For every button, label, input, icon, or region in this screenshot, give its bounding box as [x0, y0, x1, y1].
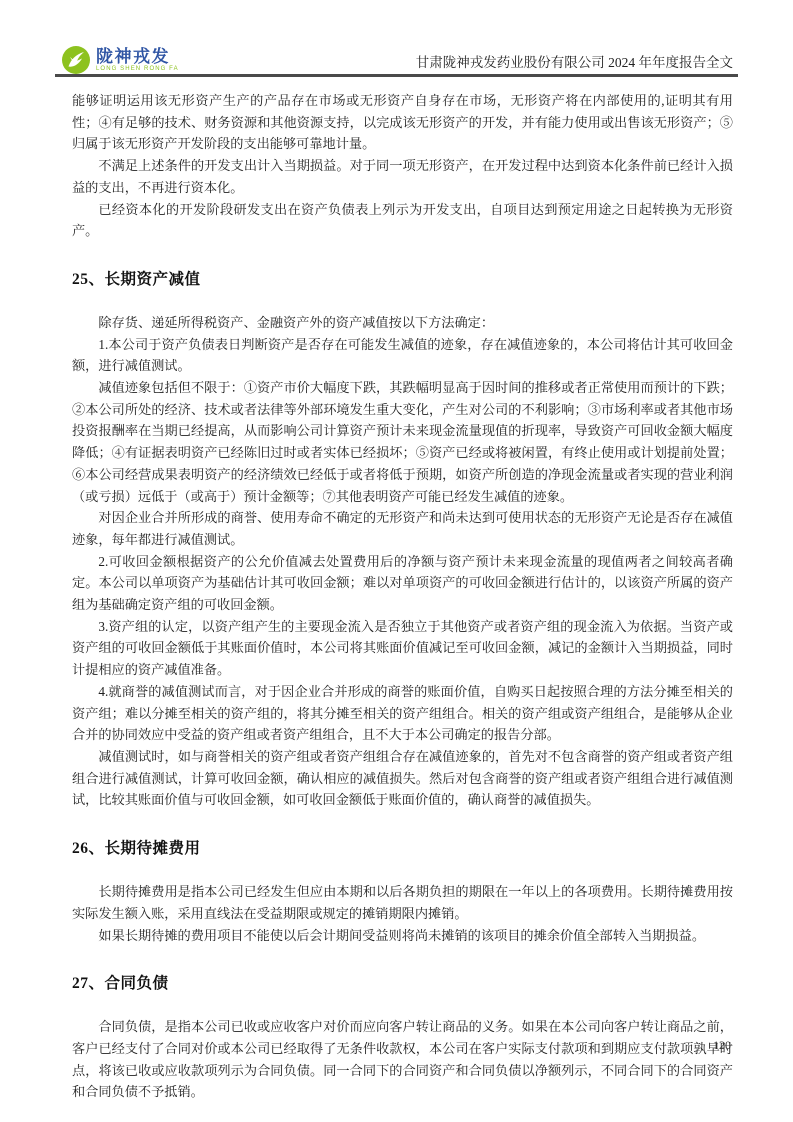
section-heading-27: 27、合同负债: [72, 971, 733, 993]
report-page: 陇神戎发 LONG SHEN RONG FA 甘肃陇神戎发药业股份有限公司 20…: [0, 0, 793, 1122]
paragraph: 已经资本化的开发阶段研发支出在资产负债表上列示为开发支出，自项目达到预定用途之日…: [72, 199, 733, 242]
logo-bird-icon: [61, 45, 91, 75]
header-divider: [55, 74, 738, 77]
paragraph: 如果长期待摊的费用项目不能使以后会计期间受益则将尚未摊销的该项目的摊余价值全部转…: [72, 925, 733, 947]
paragraph: 3.资产组的认定，以资产组产生的主要现金流入是否独立于其他资产或者资产组的现金流…: [72, 616, 733, 681]
logo-cn-text: 陇神戎发: [96, 48, 179, 66]
paragraph: 减值迹象包括但不限于：①资产市价大幅度下跌，其跌幅明显高于因时间的推移或者正常使…: [72, 377, 733, 507]
company-logo: 陇神戎发 LONG SHEN RONG FA: [61, 45, 179, 75]
paragraph: 除存货、递延所得税资产、金融资产外的资产减值按以下方法确定：: [72, 312, 733, 334]
paragraph: 2.可收回金额根据资产的公允价值减去处置费用后的净额与资产预计未来现金流量的现值…: [72, 551, 733, 616]
paragraph: 合同负债，是指本公司已收或应收客户对价而应向客户转让商品的义务。如果在本公司向客…: [72, 1016, 733, 1103]
logo-en-text: LONG SHEN RONG FA: [96, 66, 179, 73]
page-number: 120: [713, 1038, 731, 1053]
paragraph: 1.本公司于资产负债表日判断资产是否存在可能发生减值的迹象，存在减值迹象的，本公…: [72, 334, 733, 377]
paragraph: 不满足上述条件的开发支出计入当期损益。对于同一项无形资产，在开发过程中达到资本化…: [72, 155, 733, 198]
report-title: 甘肃陇神戎发药业股份有限公司 2024 年年度报告全文: [416, 51, 733, 71]
paragraph: 减值测试时，如与商誉相关的资产组或者资产组组合存在减值迹象的，首先对不包含商誉的…: [72, 746, 733, 811]
paragraph: 4.就商誉的减值测试而言，对于因企业合并形成的商誉的账面价值，自购买日起按照合理…: [72, 681, 733, 746]
logo-wordmark: 陇神戎发 LONG SHEN RONG FA: [96, 48, 179, 73]
paragraph: 能够证明运用该无形资产生产的产品存在市场或无形资产自身存在市场，无形资产将在内部…: [72, 90, 733, 155]
page-header: 陇神戎发 LONG SHEN RONG FA 甘肃陇神戎发药业股份有限公司 20…: [0, 0, 793, 78]
paragraph: 对因企业合并所形成的商誉、使用寿命不确定的无形资产和尚未达到可使用状态的无形资产…: [72, 507, 733, 550]
section-heading-25: 25、长期资产减值: [72, 267, 733, 289]
document-body: 能够证明运用该无形资产生产的产品存在市场或无形资产自身存在市场，无形资产将在内部…: [72, 90, 733, 1103]
paragraph: 长期待摊费用是指本公司已经发生但应由本期和以后各期负担的期限在一年以上的各项费用…: [72, 881, 733, 924]
section-heading-26: 26、长期待摊费用: [72, 836, 733, 858]
